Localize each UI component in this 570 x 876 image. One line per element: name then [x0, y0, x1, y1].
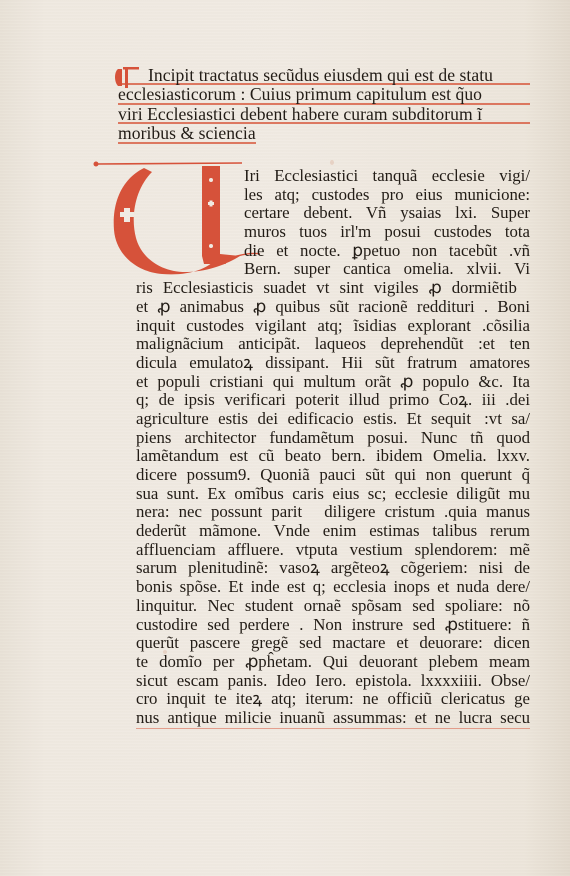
text-line: bonis spõse. Et inde est q; ecclesia ino…	[136, 578, 530, 597]
paper-stain	[330, 160, 334, 165]
text-line: linquitur. Nec student ornaẽ spõsam sed …	[136, 597, 530, 616]
text-line: Iri Ecclesiastici tanquã ecclesie vigi/	[136, 167, 530, 186]
text-line: muros tuos irl'm posui custodes tota	[136, 223, 530, 242]
text-line: sarum plenitudinẽ: vasoꝝ argẽteoꝝ cõgeri…	[136, 559, 530, 578]
text-line: custodire sed perdere . Non instrure sed…	[136, 616, 530, 635]
text-line: malignãcium anticipãt. laqueos deprehend…	[136, 335, 530, 354]
text-line: cro inquit te iteꝝ atq; iterum: ne offic…	[136, 690, 530, 709]
text-line: affluenciam affluere. vtputa vestium spl…	[136, 541, 530, 560]
text-line: et populi cristiani qui multum orãt ꝓ po…	[136, 373, 530, 392]
heading-line: moribus & sciencia	[118, 124, 256, 143]
red-paragraph-mark-icon	[114, 66, 140, 90]
text-line: inquit custodes vigilant atq; ĩsidias ex…	[136, 317, 530, 336]
text-line: die et nocte. ꝑpetuo non tacebũt .vñ	[136, 242, 530, 261]
text-line: q; de ipsis verificari poterit illud pri…	[136, 391, 530, 410]
heading-line: viri Ecclesiastici debent habere curam s…	[118, 105, 530, 124]
text-line: lamẽtandum est cũ beato bern. ibidem Ome…	[136, 447, 530, 466]
text-line: dicere possum9. Quoniã pauci sũt qui non…	[136, 466, 530, 485]
text-line: te domĩo per ꝓpĥetam. Qui deuorant plebe…	[136, 653, 530, 672]
text-line: certare debent. Vñ ysaias lxi. Super	[136, 204, 530, 223]
text-line: ris Ecclesiasticis suadet vt sint vigile…	[136, 279, 530, 298]
body-text: Iri Ecclesiastici tanquã ecclesie vigi/ …	[136, 167, 530, 729]
text-line: piens architector fundamẽtum posui. Nunc…	[136, 429, 530, 448]
heading-line: ecclesiasticorum : Cuius primum capitulu…	[118, 85, 530, 104]
rubric-heading: Incipit tractatus secũdus eiusdem qui es…	[118, 66, 530, 144]
text-line: les atq; custodes pro eius municione:	[136, 186, 530, 205]
text-line: dederũt mãmone. Vnde enim estimas talibu…	[136, 522, 530, 541]
book-page: Incipit tractatus secũdus eiusdem qui es…	[0, 0, 570, 876]
text-line: et ꝓ animabus ꝓ quibus sũt racionẽ reddi…	[136, 298, 530, 317]
heading-line: Incipit tractatus secũdus eiusdem qui es…	[118, 66, 530, 85]
text-line: querũt pascere gregẽ sed mactare et deuo…	[136, 634, 530, 653]
text-line: nera: nec possunt parit᷑ diligere cristu…	[136, 503, 530, 522]
text-line: sua sunt. Ex omĩbus caris eius sc; eccle…	[136, 485, 530, 504]
text-line: nus antique milicie inuanũ assummas: et …	[136, 709, 530, 729]
text-line: Bern. super cantica omelia. xlvii. Vi	[136, 260, 530, 279]
text-line: dicula emulatoꝝ dissipant. Hii sũt fratr…	[136, 354, 530, 373]
text-line: sicut escam panis. Ideo Iero. epistola. …	[136, 672, 530, 691]
text-line: agriculture estis dei edificacio estis. …	[136, 410, 530, 429]
